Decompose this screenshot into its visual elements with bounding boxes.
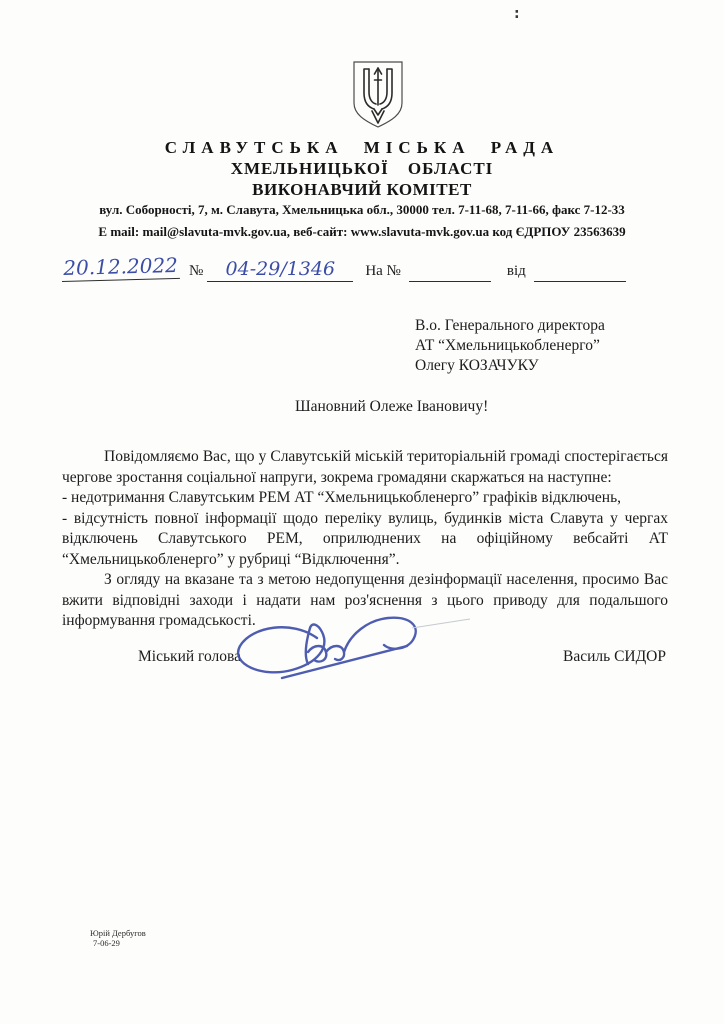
reference-line: 20.12.2022 № 04-29/1346 На № від <box>62 256 652 282</box>
addressee-company: АТ “Хмельницькобленерго” <box>415 336 605 356</box>
org-address-line: вул. Соборності, 7, м. Славута, Хмельниц… <box>0 203 724 216</box>
letter-body: Повідомляємо Вас, що у Славутській міськ… <box>62 447 668 632</box>
incoming-number-blank-line <box>409 268 491 282</box>
body-bullet-1: - недотримання Славутським РЕМ АТ “Хмель… <box>62 488 668 509</box>
executor-block: Юрій Дербугов 7-06-29 <box>90 928 146 948</box>
body-bullet-2: - відсутність повної інформації щодо пер… <box>62 509 668 571</box>
addressee-position: В.о. Генерального директора <box>415 316 605 336</box>
salutation: Шановний Олеже Івановичу! <box>295 398 488 416</box>
ukraine-trident-emblem <box>350 59 406 129</box>
from-date-label: від <box>507 263 526 282</box>
org-contact-block: вул. Соборності, 7, м. Славута, Хмельниц… <box>0 203 724 238</box>
letter-page: : СЛАВУТСЬКА МІСЬКА РАДА ХМЕЛЬНИЦЬКОЇ ОБ… <box>0 0 724 1024</box>
executor-name: Юрій Дербугов <box>90 928 146 938</box>
addressee-name: Олегу КОЗАЧУКУ <box>415 356 605 376</box>
handwritten-signature <box>222 608 474 694</box>
signer-name: Василь СИДОР <box>563 648 666 666</box>
incoming-number-label: На № <box>365 263 401 282</box>
body-paragraph-1: Повідомляємо Вас, що у Славутській міськ… <box>62 447 668 488</box>
addressee-block: В.о. Генерального директора АТ “Хмельниц… <box>415 316 605 376</box>
org-region: ХМЕЛЬНИЦЬКОЇ ОБЛАСТІ <box>0 159 724 179</box>
number-label: № <box>189 263 203 282</box>
executor-phone: 7-06-29 <box>90 938 146 948</box>
from-date-blank-line <box>534 268 626 282</box>
org-title-block: СЛАВУТСЬКА МІСЬКА РАДА ХМЕЛЬНИЦЬКОЇ ОБЛА… <box>0 138 724 200</box>
scan-artifact-mark: : <box>514 6 520 22</box>
org-committee: ВИКОНАВЧИЙ КОМІТЕТ <box>0 180 724 200</box>
handwritten-date: 20.12.2022 <box>61 253 180 282</box>
handwritten-outgoing-number: 04-29/1346 <box>207 258 353 282</box>
org-email-line: Е mail: mail@slavuta-mvk.gov.ua, веб-сай… <box>0 225 724 238</box>
org-name: СЛАВУТСЬКА МІСЬКА РАДА <box>0 138 724 158</box>
